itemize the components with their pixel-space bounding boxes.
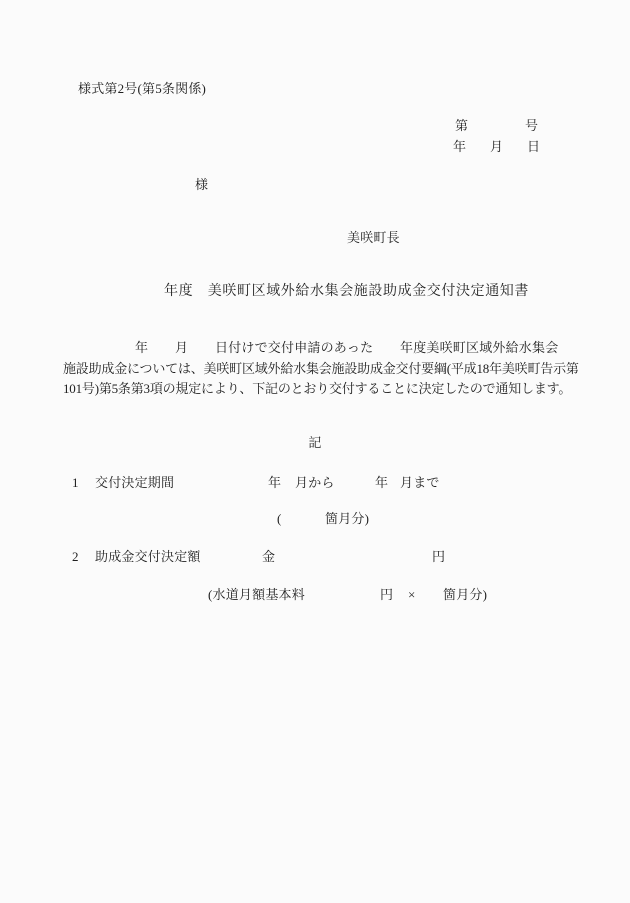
item1-from-month-label: 月から bbox=[295, 475, 335, 491]
body-line1-year-label: 年 bbox=[135, 340, 148, 356]
sender-title: 美咲町長 bbox=[347, 230, 400, 246]
item2-paren-label: (水道月額基本料 bbox=[208, 587, 305, 603]
multiplication-sign: × bbox=[408, 587, 416, 603]
body-line1-text: 日付けで交付申請のあった bbox=[215, 340, 373, 356]
item2-label: 助成金交付決定額 bbox=[95, 549, 201, 565]
document-page: 様式第2号(第5条関係) 第 号 年 月 日 様 美咲町長 年度 美咲町区域外給… bbox=[0, 0, 630, 903]
date-month-label: 月 bbox=[490, 139, 503, 155]
ki-marker: 記 bbox=[0, 435, 630, 451]
item1-number: 1 bbox=[72, 475, 79, 491]
form-number: 様式第2号(第5条関係) bbox=[78, 81, 206, 97]
item2-paren-yen: 円 bbox=[380, 587, 393, 603]
item1-from-year-label: 年 bbox=[268, 475, 281, 491]
item1-paren-open: ( bbox=[277, 511, 282, 527]
item2-amount-unit: 円 bbox=[432, 549, 445, 565]
body-line3: 101号)第5条第3項の規定により、下記のとおり交付することに決定したので通知し… bbox=[63, 381, 571, 397]
body-line1-tail: 年度美咲町区域外給水集会 bbox=[400, 340, 558, 356]
date-year-label: 年 bbox=[453, 139, 466, 155]
item1-to-month-label: 月まで bbox=[400, 475, 440, 491]
date-day-label: 日 bbox=[527, 139, 540, 155]
item2-amount-prefix: 金 bbox=[262, 549, 275, 565]
doc-number-suffix: 号 bbox=[525, 118, 538, 134]
item1-to-year-label: 年 bbox=[375, 475, 388, 491]
addressee-honorific: 様 bbox=[195, 177, 208, 193]
document-title: 年度 美咲町区域外給水集会施設助成金交付決定通知書 bbox=[164, 284, 529, 301]
item1-paren-months: 箇月分) bbox=[325, 511, 369, 527]
body-line1-month-label: 月 bbox=[175, 340, 188, 356]
body-line2: 施設助成金については、美咲町区域外給水集会施設助成金交付要綱(平成18年美咲町告… bbox=[63, 361, 579, 377]
item2-number: 2 bbox=[72, 549, 79, 565]
item1-label: 交付決定期間 bbox=[95, 475, 174, 491]
item2-paren-months: 箇月分) bbox=[443, 587, 487, 603]
doc-number-prefix: 第 bbox=[455, 118, 468, 134]
